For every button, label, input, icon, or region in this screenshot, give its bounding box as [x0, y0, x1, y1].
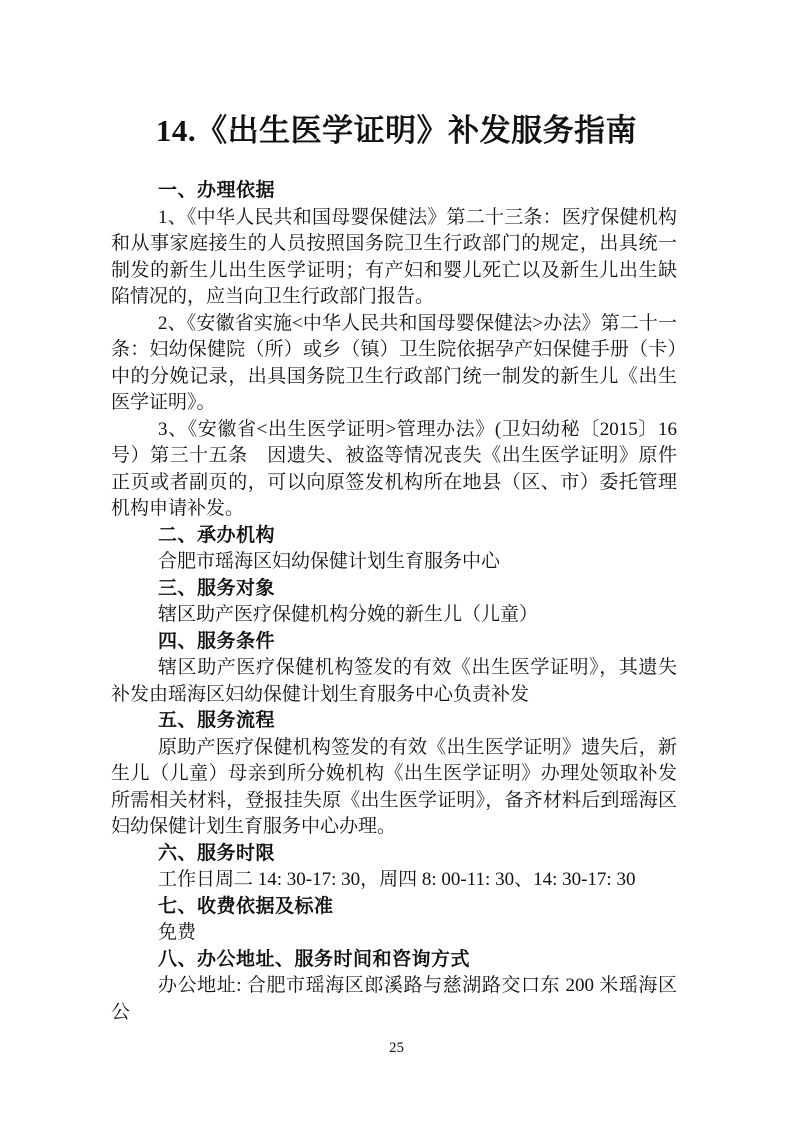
- document-body: 一、办理依据1、《中华人民共和国母婴保健法》第二十三条：医疗保健机构和从事家庭接…: [111, 178, 677, 1026]
- section-6-paragraph-1: 工作日周二 14: 30-17: 30，周四 8: 00-11: 30、14: …: [111, 867, 677, 894]
- section-4-paragraph-1: 辖区助产医疗保健机构签发的有效《出生医学证明》，其遗失补发由瑶海区妇幼保健计划生…: [111, 655, 677, 708]
- section-heading-2: 二、承办机构: [111, 523, 677, 550]
- document-title: 14.《出生医学证明》补发服务指南: [0, 111, 793, 150]
- section-heading-4: 四、服务条件: [111, 629, 677, 656]
- section-3-paragraph-1: 辖区助产医疗保健机构分娩的新生儿（儿童）: [111, 602, 677, 629]
- section-heading-1: 一、办理依据: [111, 178, 677, 205]
- section-7-paragraph-1: 免费: [111, 920, 677, 947]
- document-page: 14.《出生医学证明》补发服务指南 一、办理依据1、《中华人民共和国母婴保健法》…: [0, 0, 793, 1122]
- section-1-paragraph-3: 3、《安徽省<出生医学证明>管理办法》(卫妇幼秘〔2015〕16号）第三十五条 …: [111, 417, 677, 523]
- section-2-paragraph-1: 合肥市瑶海区妇幼保健计划生育服务中心: [111, 549, 677, 576]
- section-heading-8: 八、办公地址、服务时间和咨询方式: [111, 947, 677, 974]
- section-heading-3: 三、服务对象: [111, 576, 677, 603]
- section-heading-5: 五、服务流程: [111, 708, 677, 735]
- section-8-paragraph-1: 办公地址: 合肥市瑶海区郎溪路与慈湖路交口东 200 米瑶海区公: [111, 973, 677, 1026]
- section-1-paragraph-2: 2、《安徽省实施<中华人民共和国母婴保健法>办法》第二十一条：妇幼保健院（所）或…: [111, 311, 677, 417]
- section-1-paragraph-1: 1、《中华人民共和国母婴保健法》第二十三条：医疗保健机构和从事家庭接生的人员按照…: [111, 205, 677, 311]
- section-5-paragraph-1: 原助产医疗保健机构签发的有效《出生医学证明》遗失后，新生儿（儿童）母亲到所分娩机…: [111, 735, 677, 841]
- section-heading-7: 七、收费依据及标准: [111, 894, 677, 921]
- page-number: 25: [0, 1038, 793, 1058]
- section-heading-6: 六、服务时限: [111, 841, 677, 868]
